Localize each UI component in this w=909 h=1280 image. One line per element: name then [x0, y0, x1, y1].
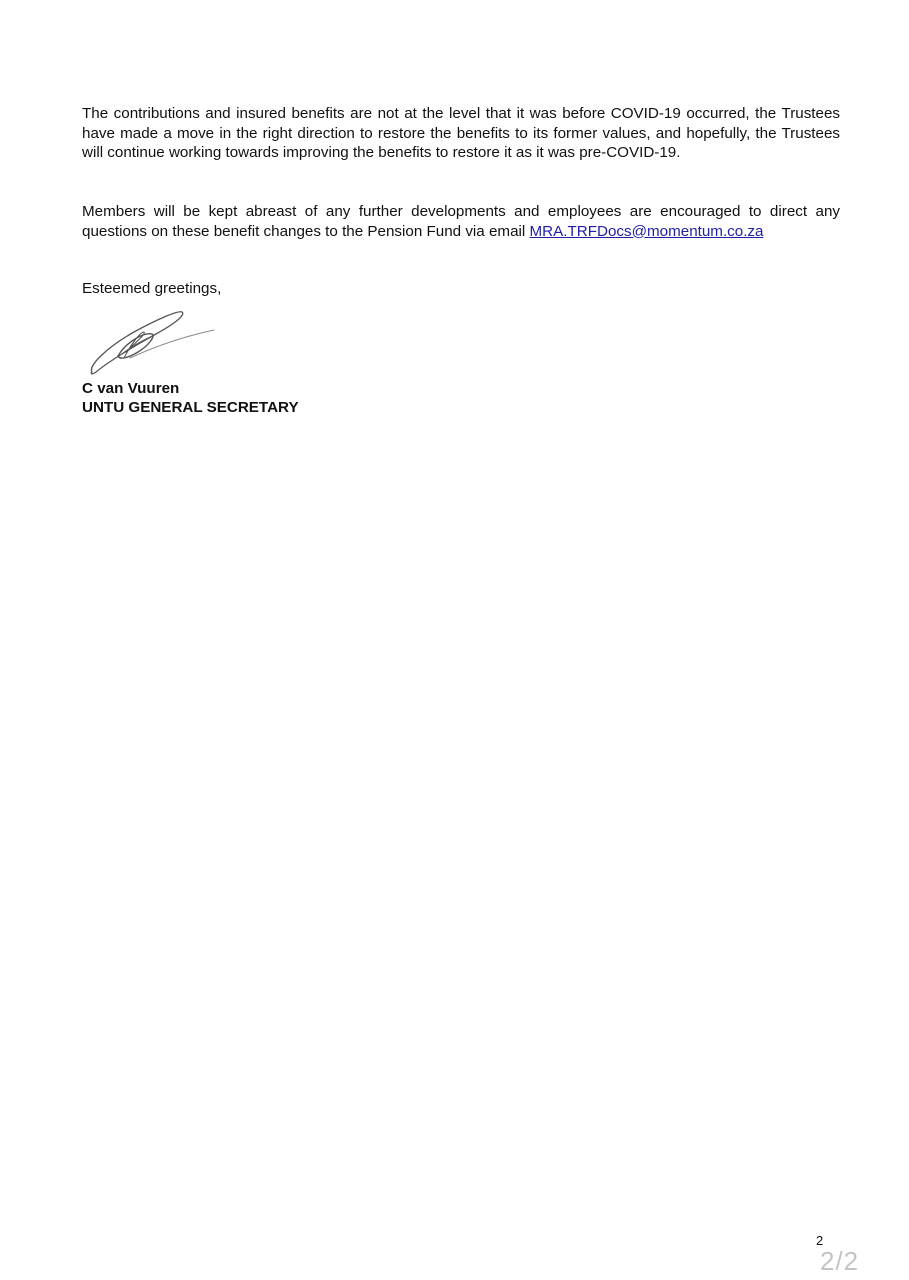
signatory-title: UNTU GENERAL SECRETARY	[82, 398, 299, 417]
signature-icon	[86, 302, 226, 382]
paragraph-benefits-status: The contributions and insured benefits a…	[82, 104, 840, 163]
paragraph-contact-info: Members will be kept abreast of any furt…	[82, 202, 840, 241]
email-link[interactable]: MRA.TRFDocs@momentum.co.za	[529, 223, 763, 240]
viewer-page-indicator: 2/2	[820, 1246, 859, 1276]
signatory-name: C van Vuuren	[82, 379, 179, 398]
closing-greeting: Esteemed greetings,	[82, 279, 221, 298]
document-page: The contributions and insured benefits a…	[0, 0, 909, 1280]
